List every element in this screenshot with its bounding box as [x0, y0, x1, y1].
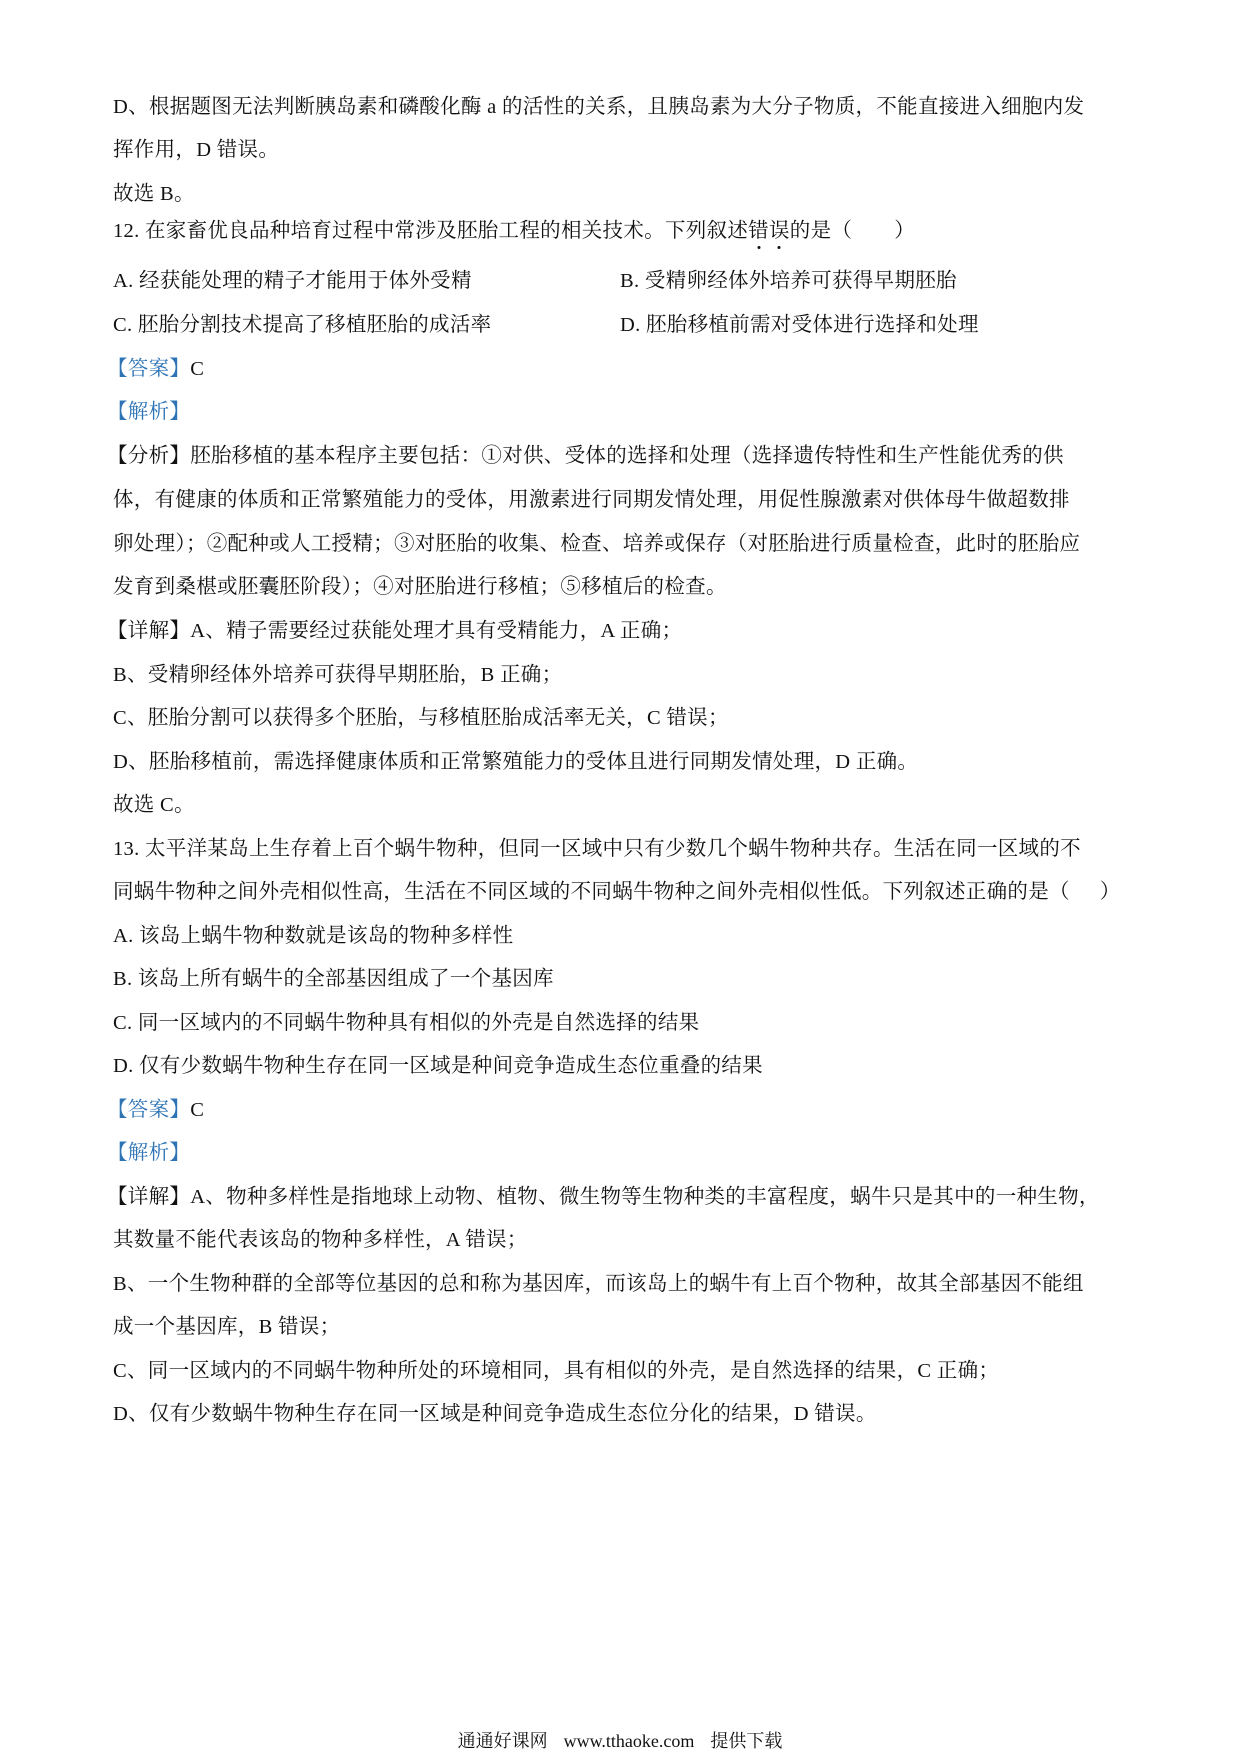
- prev-analysis-d-line1: D、根据题图无法判断胰岛素和磷酸化酶 a 的活性的关系，且胰岛素为大分子物质，不…: [113, 94, 1084, 120]
- q12-stem-open-paren: 的是（: [790, 220, 852, 242]
- prev-conclusion: 故选 B。: [113, 181, 195, 207]
- q12-fenxi-line4: 发育到桑椹或胚囊胚阶段）；④对胚胎进行移植；⑤移植后的检查。: [113, 574, 727, 600]
- detail-label: 【详解】: [107, 620, 190, 642]
- q13-detail-line1: 【详解】A、物种多样性是指地球上动物、植物、微生物等生物种类的丰富程度，蜗牛只是…: [107, 1184, 1100, 1210]
- q12-option-c: C. 胚胎分割技术提高了移植胚胎的成活率: [113, 312, 491, 338]
- option-text: 受精卵经体外培养可获得早期胚胎: [645, 270, 957, 292]
- option-label: A.: [113, 925, 134, 947]
- option-label: C.: [113, 1012, 132, 1034]
- q12-stem-emphasis-1: 错: [748, 218, 769, 244]
- q12-fenxi-line1: 【分析】胚胎移植的基本程序主要包括：①对供、受体的选择和处理（选择遗传特性和生产…: [107, 443, 1064, 469]
- q12-stem-prefix: 12. 在家畜优良品种培育过程中常涉及胚胎工程的相关技术。下列叙述: [113, 220, 748, 242]
- option-label: C.: [113, 314, 132, 336]
- option-text: 仅有少数蜗牛物种生存在同一区域是种间竞争造成生态位重叠的结果: [139, 1055, 763, 1077]
- answer-label: 【答案】: [107, 358, 190, 380]
- q12-detail-line2: B、受精卵经体外培养可获得早期胚胎，B 正确；: [113, 662, 562, 688]
- option-text: 胚胎分割技术提高了移植胚胎的成活率: [138, 314, 492, 336]
- detail-text: A、精子需要经过获能处理才具有受精能力，A 正确；: [190, 620, 682, 642]
- q12-stem: 12. 在家畜优良品种培育过程中常涉及胚胎工程的相关技术。下列叙述错误的是（）: [113, 218, 915, 244]
- q13-option-a: A. 该岛上蜗牛物种数就是该岛的物种多样性: [113, 923, 513, 949]
- q12-detail-line3: C、胚胎分割可以获得多个胚胎，与移植胚胎成活率无关，C 错误；: [113, 705, 729, 731]
- page-footer: 通通好课网www.tthaoke.com提供下载: [0, 1730, 1240, 1752]
- q12-option-a: A. 经获能处理的精子才能用于体外受精: [113, 268, 472, 294]
- q13-analysis-label: 【解析】: [107, 1140, 190, 1166]
- q13-detail-line3: B、一个生物种群的全部等位基因的总和称为基因库，而该岛上的蜗牛有上百个物种，故其…: [113, 1271, 1084, 1297]
- q13-stem-line2: 同蜗牛物种之间外壳相似性高，生活在不同区域的不同蜗牛物种之间外壳相似性低。下列叙…: [113, 879, 1121, 905]
- q13-answer: 【答案】C: [107, 1097, 204, 1123]
- prev-analysis-d-line2: 挥作用，D 错误。: [113, 137, 279, 163]
- q12-analysis-label: 【解析】: [107, 399, 190, 425]
- q12-detail-line1: 【详解】A、精子需要经过获能处理才具有受精能力，A 正确；: [107, 618, 682, 644]
- document-page: D、根据题图无法判断胰岛素和磷酸化酶 a 的活性的关系，且胰岛素为大分子物质，不…: [0, 0, 1240, 1754]
- fenxi-label: 【分析】: [107, 445, 190, 467]
- answer-label: 【答案】: [107, 1099, 190, 1121]
- option-text: 该岛上蜗牛物种数就是该岛的物种多样性: [139, 925, 513, 947]
- detail-text: A、物种多样性是指地球上动物、植物、微生物等生物种类的丰富程度，蜗牛只是其中的一…: [190, 1186, 1100, 1208]
- option-text: 同一区域内的不同蜗牛物种具有相似的外壳是自然选择的结果: [138, 1012, 700, 1034]
- q13-detail-line5: C、同一区域内的不同蜗牛物种所处的环境相同，具有相似的外壳，是自然选择的结果，C…: [113, 1358, 999, 1384]
- q12-option-b: B. 受精卵经体外培养可获得早期胚胎: [620, 268, 957, 294]
- q12-option-d: D. 胚胎移植前需对受体进行选择和处理: [620, 312, 979, 338]
- footer-url[interactable]: www.tthaoke.com: [564, 1731, 695, 1751]
- q13-stem-line1: 13. 太平洋某岛上生存着上百个蜗牛物种，但同一区域中只有少数几个蜗牛物种共存。…: [113, 836, 1081, 862]
- option-label: B.: [113, 968, 132, 990]
- option-label: A.: [113, 270, 134, 292]
- option-label: D.: [113, 1055, 134, 1077]
- option-text: 经获能处理的精子才能用于体外受精: [139, 270, 472, 292]
- q12-stem-close-paren: ）: [894, 220, 915, 242]
- fenxi-text: 胚胎移植的基本程序主要包括：①对供、受体的选择和处理（选择遗传特性和生产性能优秀…: [190, 445, 1064, 467]
- q13-detail-line4: 成一个基因库，B 错误；: [113, 1314, 340, 1340]
- q12-conclusion: 故选 C。: [113, 792, 195, 818]
- q12-answer: 【答案】C: [107, 356, 204, 382]
- answer-value: C: [190, 358, 204, 380]
- q13-option-b: B. 该岛上所有蜗牛的全部基因组成了一个基因库: [113, 966, 554, 992]
- q13-option-d: D. 仅有少数蜗牛物种生存在同一区域是种间竞争造成生态位重叠的结果: [113, 1053, 763, 1079]
- q13-detail-line6: D、仅有少数蜗牛物种生存在同一区域是种间竞争造成生态位分化的结果，D 错误。: [113, 1401, 877, 1427]
- option-text: 胚胎移植前需对受体进行选择和处理: [646, 314, 979, 336]
- q12-stem-emphasis-2: 误: [769, 218, 790, 244]
- option-text: 该岛上所有蜗牛的全部基因组成了一个基因库: [138, 968, 554, 990]
- detail-label: 【详解】: [107, 1186, 190, 1208]
- q13-stem-line2-text: 同蜗牛物种之间外壳相似性高，生活在不同区域的不同蜗牛物种之间外壳相似性低。下列叙…: [113, 881, 1070, 903]
- q13-option-c: C. 同一区域内的不同蜗牛物种具有相似的外壳是自然选择的结果: [113, 1010, 699, 1036]
- q13-stem-close-paren: ）: [1100, 881, 1121, 903]
- option-label: D.: [620, 314, 641, 336]
- q12-detail-line4: D、胚胎移植前，需选择健康体质和正常繁殖能力的受体且进行同期发情处理，D 正确。: [113, 749, 918, 775]
- footer-suffix: 提供下载: [710, 1731, 782, 1751]
- footer-site-name: 通通好课网: [458, 1731, 548, 1751]
- option-label: B.: [620, 270, 639, 292]
- q12-fenxi-line2: 体，有健康的体质和正常繁殖能力的受体，用激素进行同期发情处理，用促性腺激素对供体…: [113, 487, 1070, 513]
- q12-fenxi-line3: 卵处理）；②配种或人工授精；③对胚胎的收集、检查、培养或保存（对胚胎进行质量检查…: [113, 531, 1080, 557]
- answer-value: C: [190, 1099, 204, 1121]
- q13-detail-line2: 其数量不能代表该岛的物种多样性，A 错误；: [113, 1227, 528, 1253]
